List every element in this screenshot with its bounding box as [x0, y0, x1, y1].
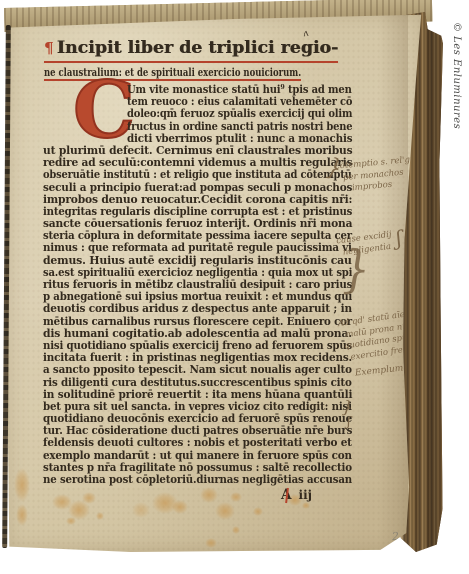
stain	[215, 502, 235, 520]
stain	[96, 512, 104, 520]
stain	[232, 526, 240, 534]
printed-text-block: C Um vite monastice statū hui⁹ tpis ad m…	[43, 83, 352, 503]
signature-numeral: iij	[299, 488, 312, 502]
photograph-of-incunable: ʌ ¶Incipit liber de triplici regio- ne c…	[0, 0, 469, 574]
manuscript-page: ʌ ¶Incipit liber de triplici regio- ne c…	[6, 12, 422, 552]
stain	[205, 538, 217, 548]
stain	[14, 468, 30, 502]
text-line: ne serotina post cōpletoriū.diurnas negl…	[43, 473, 352, 485]
page-curvature-shadow	[378, 12, 408, 552]
heading-line-1: ¶Incipit liber de triplici regio-	[44, 38, 338, 63]
indented-lines: Um vite monastice statū hui⁹ tpis ad men…	[127, 83, 352, 144]
stain	[132, 502, 150, 518]
marginal-brace: }	[342, 245, 370, 296]
full-width-lines: ut plurimū defecit. Cernimus enī claustr…	[43, 144, 352, 485]
drop-cap-initial: C	[73, 80, 123, 146]
copyright-credit: © Les Enluminures	[451, 22, 462, 129]
stain	[16, 504, 28, 526]
paragraph-mark-icon: ¶	[44, 39, 54, 57]
pencil-folio-number: 2	[392, 530, 400, 543]
stain	[253, 507, 263, 516]
quire-signature: Aiij	[43, 487, 352, 503]
stain	[302, 502, 310, 509]
heading-line1-text: Incipit liber de triplici regio-	[57, 38, 338, 58]
marginal-flourish: ʃ	[347, 416, 351, 429]
stain	[66, 517, 76, 525]
signature-letter: A	[281, 487, 291, 503]
marginal-note-contemptio: cōtemptio s. rel'gisper monachosimprobos	[335, 154, 420, 196]
